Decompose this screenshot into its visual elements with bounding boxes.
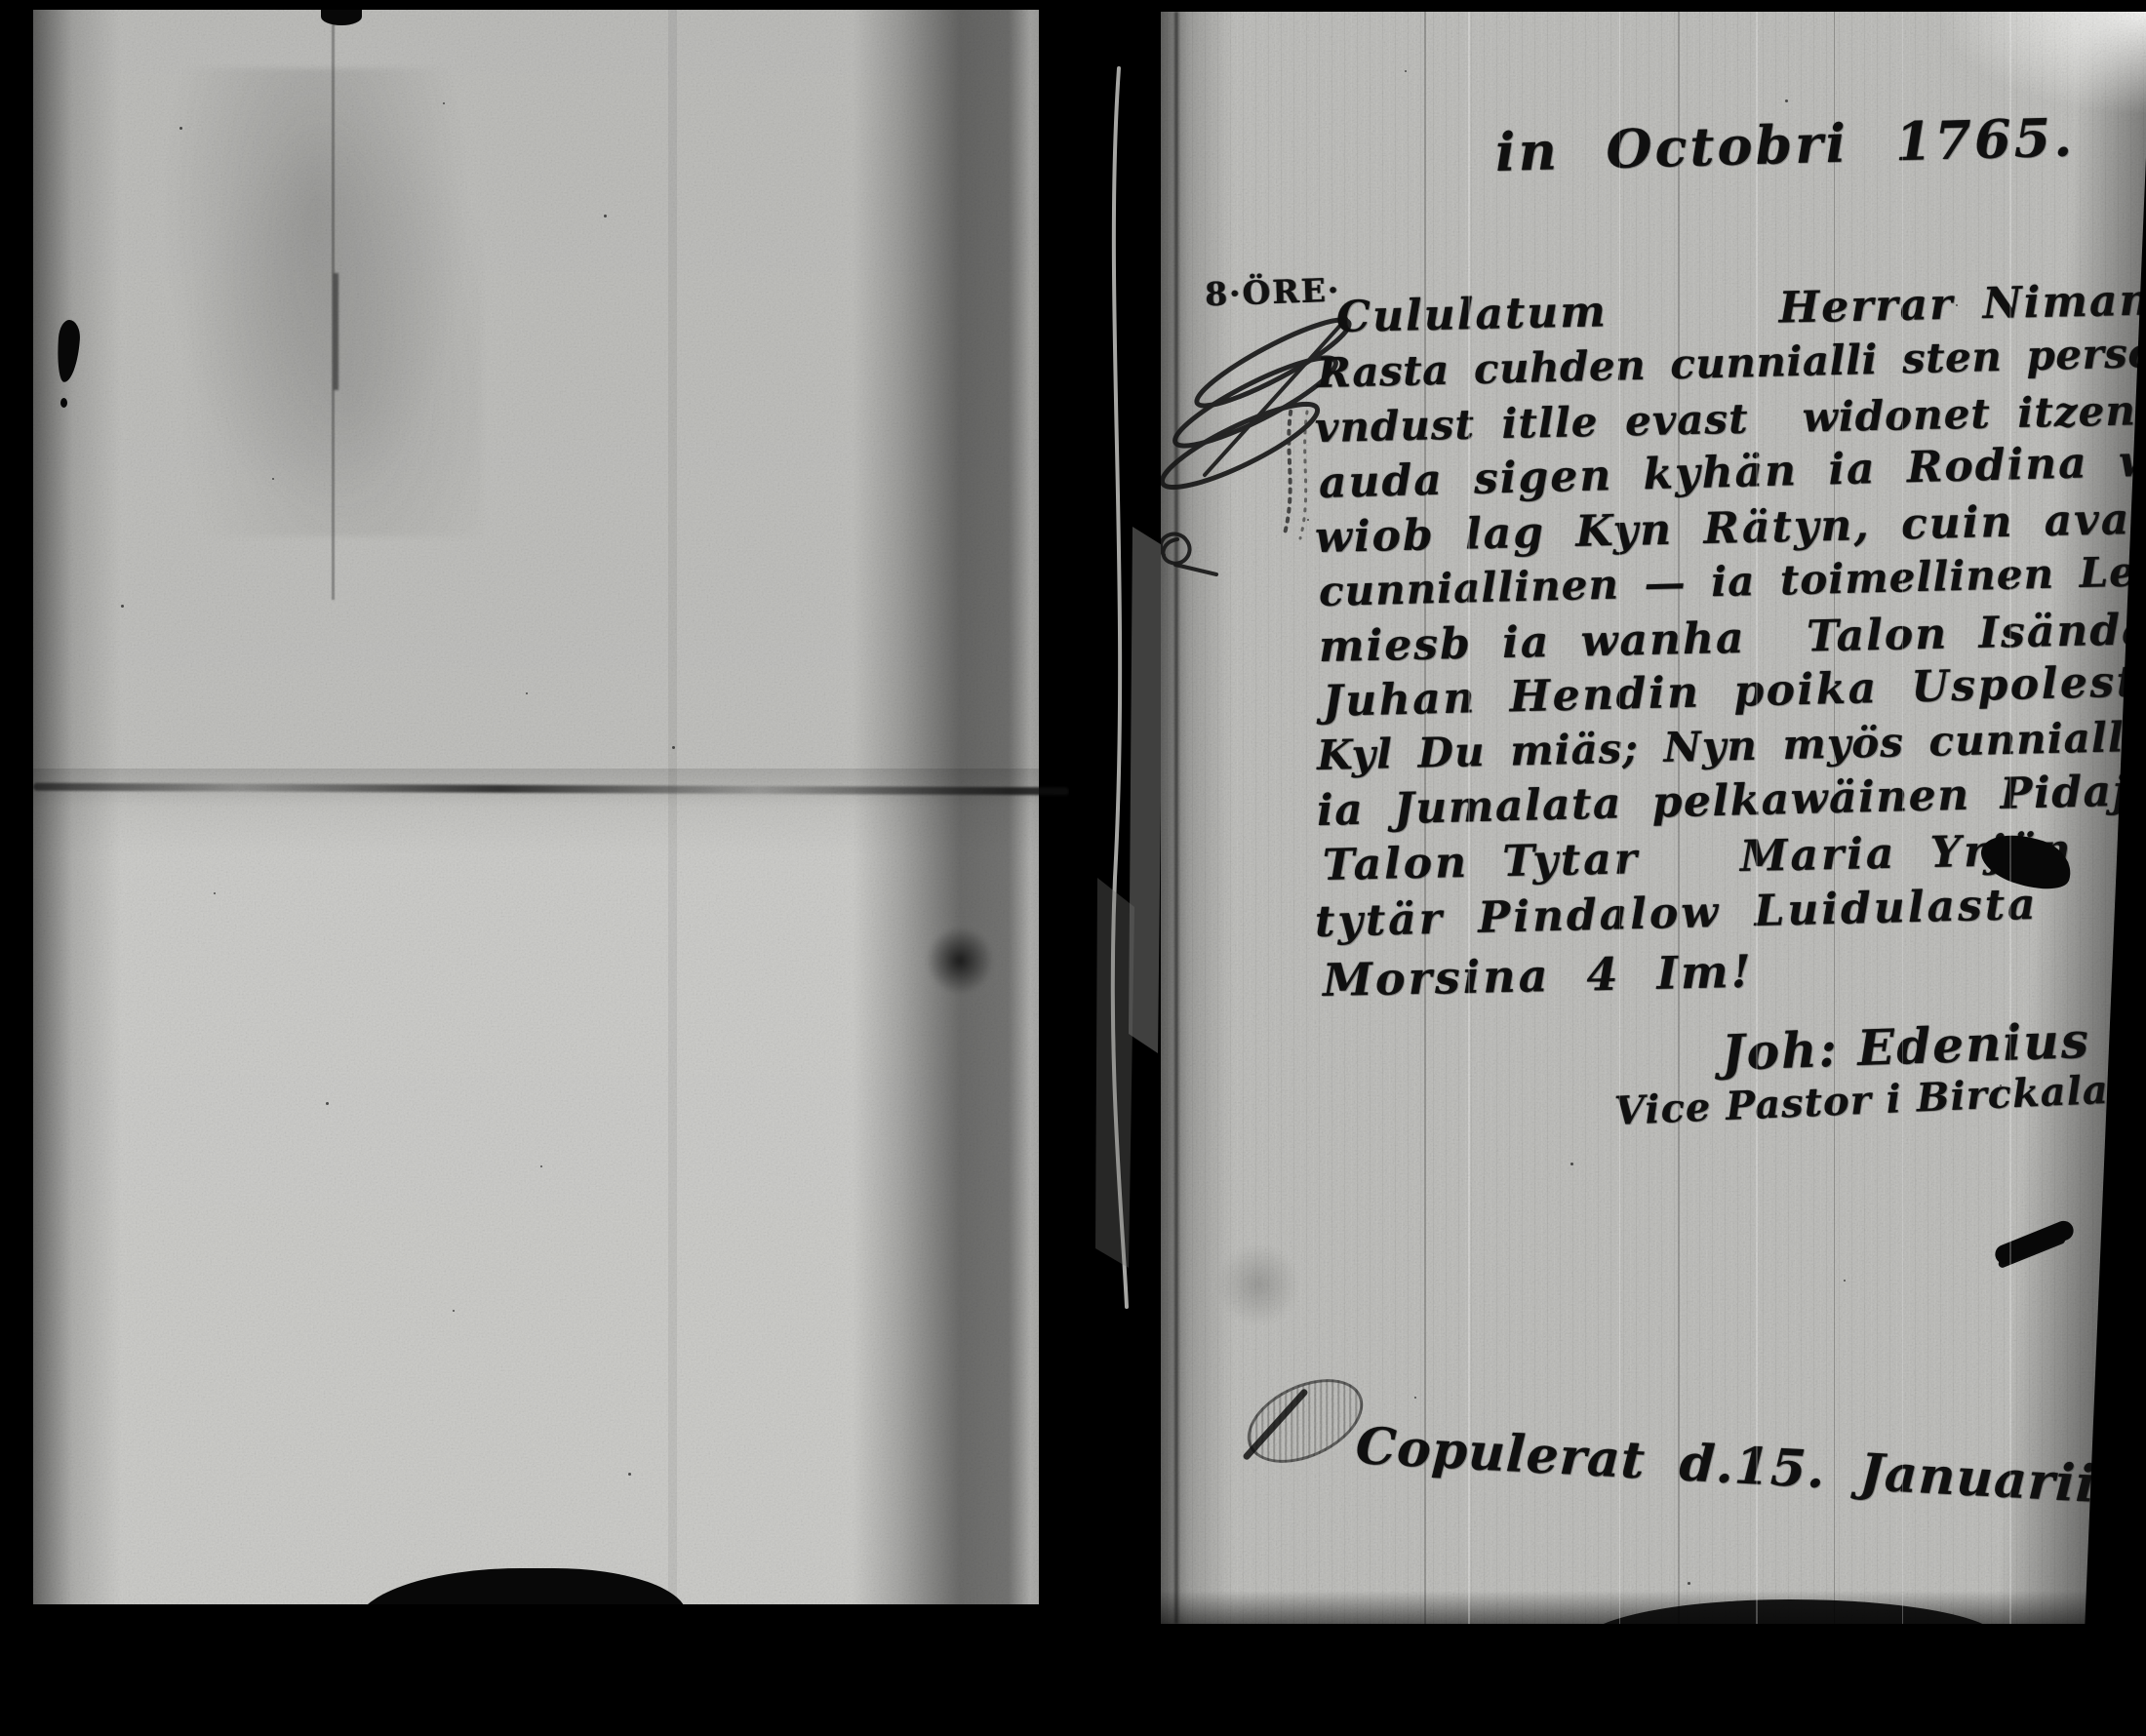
dust-speck [604, 215, 607, 217]
dust-speck [1414, 1397, 1416, 1399]
entry-date-heading: in Octobri 1765. [1494, 105, 2076, 183]
left-page-blank-verso [33, 10, 1069, 1604]
dust-speck [272, 478, 274, 480]
book-gutter [1039, 0, 1166, 1736]
margin-smudge [1214, 1245, 1302, 1323]
signature-title: Vice Pastor i Birckala [1613, 1067, 2110, 1134]
dust-speck [453, 1310, 455, 1312]
revenue-stamp-8-ore: 8·ÖRE· [1204, 271, 1341, 314]
fold-crease-vertical [332, 24, 335, 600]
dust-speck [179, 127, 182, 130]
dust-speck [526, 692, 528, 694]
archival-scan-stage: in Octobri 1765. 8·ÖRE· Cululatum Herrar… [0, 0, 2146, 1736]
fold-crease-vertical-faint [668, 10, 677, 1604]
dust-speck [214, 892, 216, 894]
fold-crease-vertical-dark-segment [334, 273, 338, 390]
torn-page-edge [1039, 0, 1166, 1736]
bleedthrough-stain [150, 68, 482, 536]
bottom-edge-ragged [355, 1568, 687, 1604]
dust-speck [628, 1473, 631, 1476]
ink-blot [56, 319, 81, 382]
marriage-date-note: Copulerat d.15. Januarii 1766. [1354, 1416, 2146, 1524]
ink-drip-dot [60, 398, 67, 408]
crease-gutter-blotch [926, 927, 994, 995]
ink-dash [1992, 1218, 2076, 1267]
fold-crease-horizontal [33, 783, 1069, 796]
dust-speck [1570, 1163, 1573, 1165]
dust-speck [540, 1165, 542, 1167]
dust-speck [121, 605, 124, 608]
top-edge-notch [321, 10, 362, 25]
dust-speck [1844, 1280, 1846, 1282]
dust-speck [1405, 70, 1407, 72]
handwritten-line: Morsina 4 Im! [1322, 945, 1754, 1006]
bottom-edge-ragged [1580, 1599, 2000, 1624]
paper-grain-overlay [33, 10, 1069, 1604]
fold-crease-horizontal-band [33, 769, 1069, 808]
dust-speck [443, 102, 445, 104]
handwritten-line: tytär Pindalow Luidulasta [1314, 880, 2039, 947]
right-page-record: in Octobri 1765. 8·ÖRE· Cululatum Herrar… [1161, 12, 2146, 1624]
dust-speck [326, 1102, 329, 1105]
dust-speck [1785, 99, 1788, 102]
spine-shadow-line [1174, 12, 1178, 1624]
dust-speck [672, 746, 675, 749]
dust-speck [1688, 1582, 1690, 1585]
